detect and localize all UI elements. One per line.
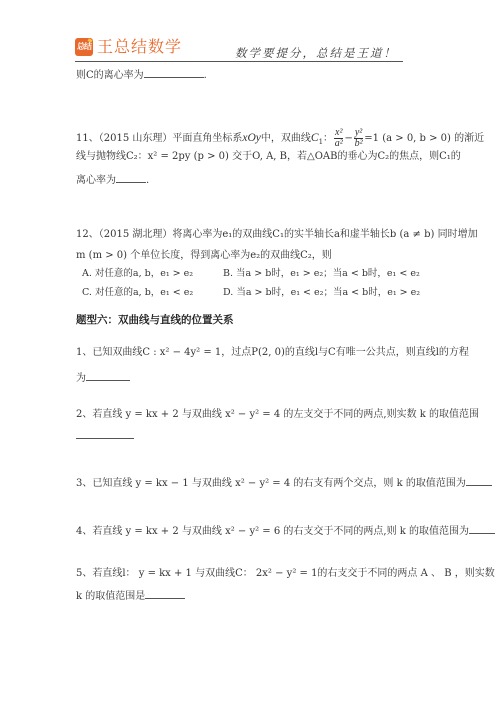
header-divider xyxy=(75,61,403,62)
option-label: D. xyxy=(223,287,233,298)
question-5-line-1: 5、若直线l： y = kx + 1 与双曲线C： 2x² − y² = 1的右… xyxy=(76,567,495,581)
answer-blank xyxy=(86,370,130,381)
option-label: C. xyxy=(82,287,92,298)
question-2-line-1: 2、若直线 y = kx + 2 与双曲线 x² − y² = 4 的左支交于不… xyxy=(76,408,479,422)
problem-text: 离心率为 xyxy=(76,175,116,186)
option-c: C. 对任意的a, b，e₁ < e₂ xyxy=(82,286,193,299)
problem-text: 为 xyxy=(76,373,86,384)
answer-blank xyxy=(145,588,185,599)
option-text: 对任意的a, b，e₁ > e₂ xyxy=(95,268,193,279)
math-var: xOy xyxy=(242,132,261,144)
problem-source: （2015 湖北理） xyxy=(99,229,173,240)
fraction-x2-a2: x²a² xyxy=(334,128,343,149)
question-1-line-1: 1、已知双曲线C : x² − 4y² = 1，过点P(2, 0)的直线l与C有… xyxy=(76,346,469,360)
logo-badge-text: 总结 xyxy=(77,42,91,51)
page-header: 总结 王总结数学 数学要提分，总结是王道！ xyxy=(75,36,405,62)
problem-text: 3、已知直线 y = kx − 1 与双曲线 x² − y² = 4 的右支有两… xyxy=(76,478,466,489)
question-3-line-1: 3、已知直线 y = kx − 1 与双曲线 x² − y² = 4 的右支有两… xyxy=(76,475,492,491)
problem-11-line-3: 离心率为. xyxy=(76,172,149,188)
brand-name: 王总结数学 xyxy=(97,36,182,58)
problem-11-line-2: 线与抛物线C₂：x² = 2py (p > 0) 交于O, A, B，若△OAB… xyxy=(76,150,461,164)
problem-number: 12、 xyxy=(76,229,99,240)
question-1-line-2: 为 xyxy=(76,370,130,386)
option-label: A. xyxy=(82,268,92,279)
option-text: 对任意的a, b，e₁ < e₂ xyxy=(95,287,193,298)
problem-source: （2015 山东理） xyxy=(99,133,173,144)
period: . xyxy=(146,175,149,186)
section-title: 题型六：双曲线与直线的位置关系 xyxy=(76,312,234,327)
problem-12-line-2: m (m > 0) 个单位长度，得到离心率为e₂的双曲线C₂，则 xyxy=(76,249,332,263)
question-4-line-1: 4、若直线 y = kx + 2 与双曲线 x² − y² = 6 的右支交于不… xyxy=(76,523,495,539)
carryover-line: 则C的离心率为. xyxy=(76,67,207,83)
question-5-line-2: k 的取值范围是 xyxy=(76,588,185,604)
fraction-y2-b2: y²b² xyxy=(354,128,363,149)
option-text: 当a > b时，e₁ > e₂；当a < b时，e₁ < e₂ xyxy=(236,268,420,279)
problem-text: 将离心率为e₁的双曲线C₁的实半轴长a和虚半轴长b (a ≠ b) 同时增加 xyxy=(172,229,477,240)
answer-blank xyxy=(76,428,134,439)
denominator: b² xyxy=(354,139,363,149)
problem-number: 11、 xyxy=(76,133,99,144)
answer-blank xyxy=(116,172,146,183)
problem-12-line-1: 12、（2015 湖北理）将离心率为e₁的双曲线C₁的实半轴长a和虚半轴长b (… xyxy=(76,228,478,242)
header-slogan: 数学要提分，总结是王道！ xyxy=(235,46,397,60)
option-text: 当a > b时，e₁ < e₂；当a < b时，e₁ > e₂ xyxy=(236,287,420,298)
answer-blank xyxy=(144,67,204,78)
option-label: B. xyxy=(223,268,233,279)
logo-badge: 总结 xyxy=(75,38,93,56)
denominator: a² xyxy=(334,139,343,149)
option-b: B. 当a > b时，e₁ > e₂；当a < b时，e₁ < e₂ xyxy=(223,267,420,280)
question-2-line-2 xyxy=(76,428,134,444)
option-a: A. 对任意的a, b，e₁ > e₂ xyxy=(82,267,193,280)
option-d: D. 当a > b时，e₁ < e₂；当a < b时，e₁ > e₂ xyxy=(223,286,420,299)
problem-text: =1 (a > 0, b > 0) 的渐近 xyxy=(364,133,484,144)
problem-text: 中，双曲线 xyxy=(261,133,311,144)
math-var: C xyxy=(311,132,319,144)
problem-text: k 的取值范围是 xyxy=(76,591,145,602)
period: . xyxy=(204,70,207,81)
problem-11-line-1: 11、（2015 山东理）平面直角坐标系xOy中，双曲线C1：x²a²−y²b²… xyxy=(76,128,484,149)
carryover-text: 则C的离心率为 xyxy=(76,70,144,81)
answer-blank xyxy=(469,523,495,534)
answer-blank xyxy=(466,475,492,486)
problem-text: 4、若直线 y = kx + 2 与双曲线 x² − y² = 6 的右支交于不… xyxy=(76,526,469,537)
problem-text: 平面直角坐标系 xyxy=(172,133,242,144)
document-page: 总结 王总结数学 数学要提分，总结是王道！ 则C的离心率为. 11、（2015 … xyxy=(0,0,500,707)
